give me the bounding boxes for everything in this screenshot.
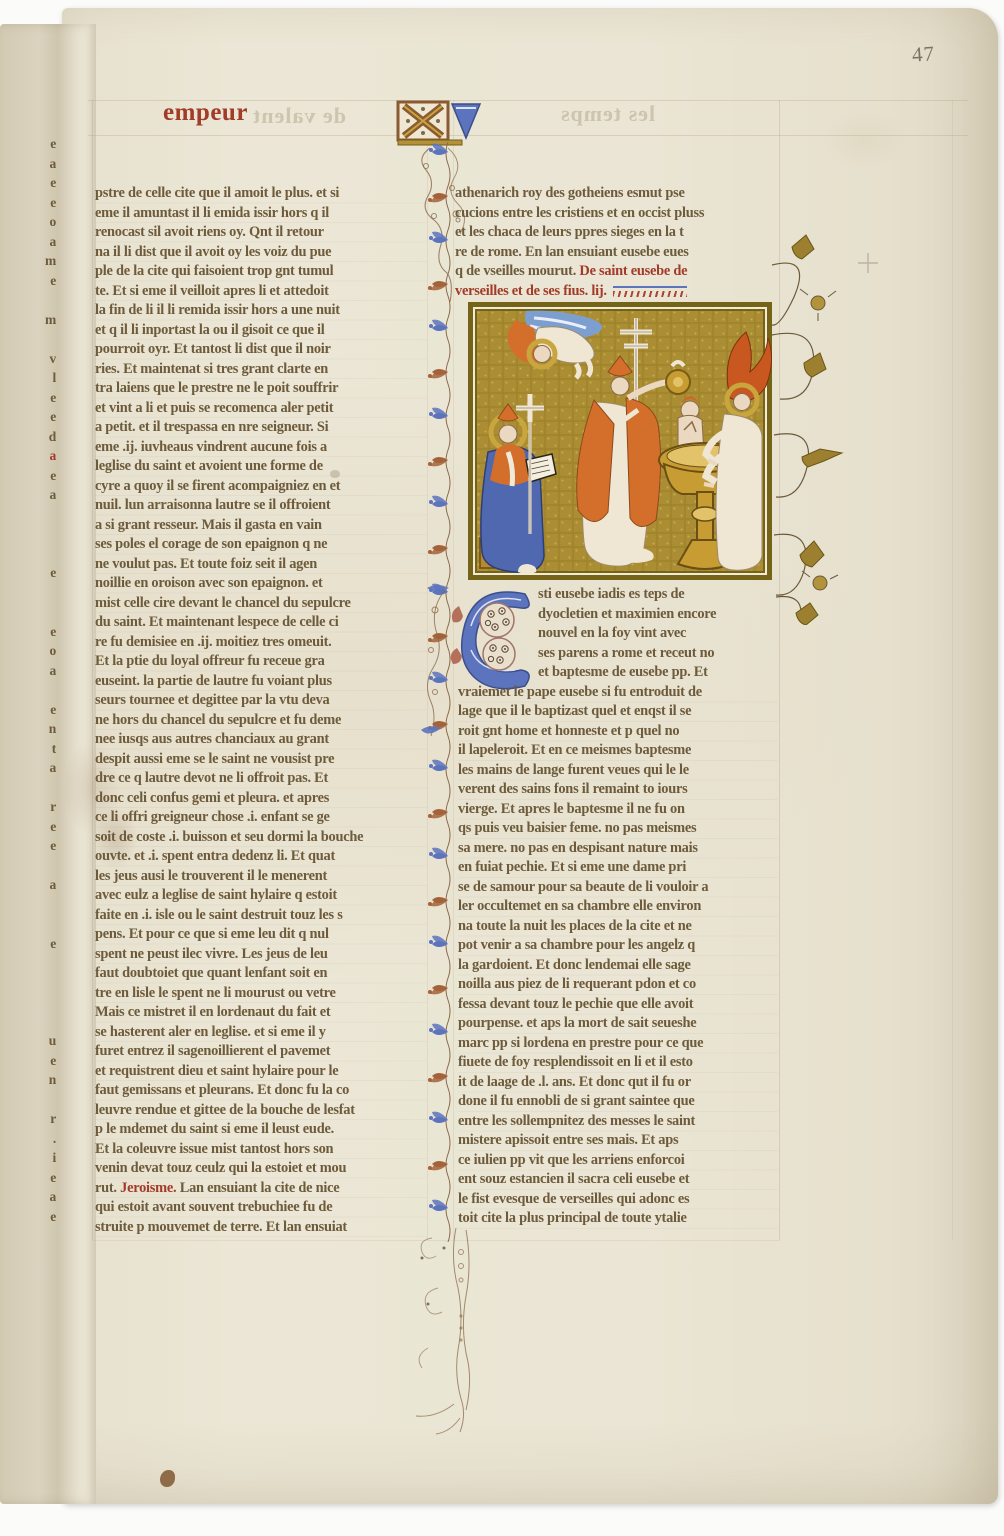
body-text: na toute la nuit les places de la cite e…: [458, 918, 692, 934]
text-line: o: [0, 214, 56, 234]
ruling-line: [92, 100, 93, 1240]
text-line: soit de coste .i. buisson et seu dormi l…: [95, 828, 427, 848]
text-line: na il li dist que il avoit oy les voiz d…: [95, 243, 427, 263]
text-line: re fu demisiee en .ij. moitiez tres omeu…: [95, 633, 427, 653]
text-line: ler occultemet en sa chambre elle enviro…: [458, 897, 778, 917]
text-line: pot venir a sa chambre pour les angelz q: [458, 936, 778, 956]
text-line: a: [0, 487, 56, 507]
text-line: ouvte. et .i. spent entra dedenz li. Et …: [95, 847, 427, 867]
text-line: noillie en oroison avec son epaignon. et: [95, 574, 427, 594]
body-text: l: [52, 370, 56, 390]
text-line: e: [0, 409, 56, 429]
text-line: faite en .i. isle ou le saint destruit t…: [95, 906, 427, 926]
text-line: r: [0, 799, 56, 819]
text-line: furet entrez il sagenoillierent el pavem…: [95, 1042, 427, 1062]
text-line: spent ne peust ilec vivre. Les jeus de l…: [95, 945, 427, 965]
show-through-text: les temps: [560, 101, 655, 127]
body-text: despit aussi eme se le saint ne vousist …: [95, 751, 334, 767]
body-text: e: [50, 195, 56, 215]
body-text: nee iusqs aus autres chanciaux au grant: [95, 731, 329, 747]
body-text: faut doubtoiet que quant lenfant soit en: [95, 965, 327, 981]
body-text: Et la coleuvre issue mist tantost hors s…: [95, 1141, 333, 1157]
body-text: il lapeleroit. Et en ce meismes baptesme: [458, 742, 691, 758]
body-text: se hasterent aler en leglise. et si eme …: [95, 1024, 326, 1040]
text-line: e: [0, 468, 56, 488]
text-line: [0, 682, 56, 702]
text-line: et q il li inportast la ou il gisoit ce …: [95, 321, 427, 341]
text-line: leglise du saint et avoient une forme de: [95, 457, 427, 477]
margin-ivy-vine: [762, 225, 912, 625]
body-text: ne voulut pas. Et toute foiz seit il age…: [95, 556, 317, 572]
text-line: sti eusebe iadis es teps de: [538, 585, 778, 605]
body-text: a: [49, 487, 56, 507]
text-line: e: [0, 273, 56, 293]
body-text: v: [49, 351, 56, 371]
text-line: a: [0, 1189, 56, 1209]
body-text: e: [50, 175, 56, 195]
text-line: [0, 546, 56, 566]
body-text: qui estoit avant souvent trebuchiee fu d…: [95, 1199, 332, 1215]
text-line: fiuete de foy resplendissoit en li et il…: [458, 1053, 778, 1073]
text-line: cyre a quoy il se firent acompaigniez en…: [95, 477, 427, 497]
text-line: tra laiens que le prestre ne le poit sou…: [95, 379, 427, 399]
body-text: en fuiat pechie. Et si eme une dame pri: [458, 859, 686, 875]
text-line: verent des sains fons il remaint to iour…: [458, 780, 778, 800]
body-text: e: [50, 838, 56, 858]
body-text: o: [49, 214, 56, 234]
parchment-stain: [92, 806, 138, 870]
text-line: nee iusqs aus autres chanciaux au grant: [95, 730, 427, 750]
body-text: et les chaca de leurs ppres sieges en la…: [455, 224, 684, 240]
body-text: a: [49, 663, 56, 683]
text-line: e: [0, 175, 56, 195]
rubric-text: a: [49, 448, 56, 468]
body-text: furet entrez il sagenoillierent el pavem…: [95, 1043, 330, 1059]
text-line: mistere apissoit entre ses mais. Et aps: [458, 1131, 778, 1151]
body-text: t: [52, 741, 56, 761]
baptism-miniature: [468, 302, 772, 580]
body-text: les jeus ausi le trouverent il le menere…: [95, 868, 327, 884]
text-line: renocast sil avoit riens oy. Qnt il reto…: [95, 223, 427, 243]
body-text: d: [49, 429, 56, 449]
text-line: ries. Et maintenat si tres grant clarte …: [95, 360, 427, 380]
page-edge-shading: [930, 8, 998, 1504]
text-line: a: [0, 234, 56, 254]
text-line: na toute la nuit les places de la cite e…: [458, 917, 778, 937]
text-line: [0, 526, 56, 546]
text-line: athenarich roy des gotheiens esmut pse: [455, 184, 779, 204]
text-line: e: [0, 702, 56, 722]
text-line: a: [0, 663, 56, 683]
body-text: Et la ptie du loyal offreur fu receue gr…: [95, 653, 325, 669]
manuscript-scan: eaeeoame m vleedaea e eoa enta ree a e u…: [0, 0, 1004, 1536]
text-line: Mais ce mistret il en lordenaut du fait …: [95, 1003, 427, 1023]
text-line: e: [0, 1053, 56, 1073]
body-text: seurs tournee et degittee par la vtu dev…: [95, 692, 329, 708]
text-line: venin devat touz ceulz qui la estoiet et…: [95, 1159, 427, 1179]
body-text: lage que il le baptizast quel et enqst i…: [458, 703, 691, 719]
body-text: venin devat touz ceulz qui la estoiet et…: [95, 1160, 346, 1176]
body-text: e: [50, 936, 56, 956]
text-line: a petit. et il trespassa en nre seigneur…: [95, 418, 427, 438]
body-text: n: [49, 1072, 56, 1092]
text-line: q de vseilles mourut. De saint eusebe de: [455, 262, 779, 282]
body-text: n: [49, 721, 56, 741]
text-line: pens. Et pour ce que si eme leu dit q nu…: [95, 925, 427, 945]
text-line: u: [0, 1033, 56, 1053]
text-line: marc pp si lordena en prestre pour ce qu…: [458, 1034, 778, 1054]
body-text: nuil. lun arraisonna lautre se il offroi…: [95, 497, 330, 513]
body-text: eme .ij. iuvheaus vindrent aucune fois a: [95, 439, 327, 455]
body-text: faite en .i. isle ou le saint destruit t…: [95, 907, 343, 923]
text-line: eme il amuntast il li emida issir hors q…: [95, 204, 427, 224]
text-line: [0, 1092, 56, 1112]
clipped-text-fragments: eaeeoame m vleedaea e eoa enta ree a e u…: [0, 136, 56, 1267]
text-line: o: [0, 643, 56, 663]
body-text: fiuete de foy resplendissoit en li et il…: [458, 1054, 693, 1070]
text-line: [0, 604, 56, 624]
body-text: tre en lisle le spent ne li mourust ou v…: [95, 985, 336, 1001]
body-text: cyre a quoy il se firent acompaigniez en…: [95, 478, 340, 494]
body-text: a: [49, 760, 56, 780]
body-text: cucions entre les cristiens et en occist…: [455, 205, 704, 221]
text-line: seurs tournee et degittee par la vtu dev…: [95, 691, 427, 711]
rubric-text: verseilles et de ses fius. lij.: [455, 283, 607, 299]
body-text: sa mere. no pas en despisant nature mais: [458, 840, 698, 856]
body-text: le fist evesque de verseilles qui adonc …: [458, 1191, 689, 1207]
text-line: a si grant resseur. Mais il gasta en vai…: [95, 516, 427, 536]
text-line: nouvel en la foy vint avec: [538, 624, 778, 644]
body-text: roit gnt home et honneste et p quel no: [458, 723, 679, 739]
text-line: e: [0, 1209, 56, 1229]
text-line: n: [0, 1072, 56, 1092]
text-line: ple de la cite qui faisoient trop gnt tu…: [95, 262, 427, 282]
text-line: la gardoient. Et donc lendemai elle sage: [458, 956, 778, 976]
text-line: a: [0, 877, 56, 897]
body-text: r: [50, 1111, 56, 1131]
text-line: e: [0, 819, 56, 839]
body-text: pstre de celle cite que il amoit le plus…: [95, 185, 339, 201]
text-line: vierge. Et apres le baptesme il ne fu on: [458, 800, 778, 820]
text-line: [0, 975, 56, 995]
text-line: p le mdemet du saint si eme il leust eud…: [95, 1120, 427, 1140]
text-line: l: [0, 370, 56, 390]
body-text: u: [49, 1033, 56, 1053]
text-column-right-full: vraiemet le pape eusebe si fu entroduit …: [458, 683, 778, 1229]
text-line: qui estoit avant souvent trebuchiee fu d…: [95, 1198, 427, 1218]
body-text: nouvel en la foy vint avec: [538, 625, 686, 641]
text-line: en fuiat pechie. Et si eme une dame pri: [458, 858, 778, 878]
show-through-text: de valent: [252, 103, 346, 129]
body-text: e: [50, 624, 56, 644]
text-line: dyocletien et maximien encore: [538, 605, 778, 625]
text-line: [0, 780, 56, 800]
text-line: leuvre rendue et gittee de la bouche de …: [95, 1101, 427, 1121]
text-line: e: [0, 936, 56, 956]
body-text: e: [50, 565, 56, 585]
text-line: pstre de celle cite que il amoit le plus…: [95, 184, 427, 204]
body-text: e: [50, 819, 56, 839]
text-line: pourroit oyr. Et tantost li dist que il …: [95, 340, 427, 360]
rubric-text: De saint eusebe de: [579, 263, 687, 279]
text-line: et baptesme de eusebe pp. Et: [538, 663, 778, 683]
body-text: pourroit oyr. Et tantost li dist que il …: [95, 341, 331, 357]
text-line: qs puis veu baisier feme. no pas meismes: [458, 819, 778, 839]
body-text: et vint a li et puis se recomenca aler p…: [95, 400, 333, 416]
text-line: et les chaca de leurs ppres sieges en la…: [455, 223, 779, 243]
text-line: et vint a li et puis se recomenca aler p…: [95, 399, 427, 419]
body-text: o: [49, 643, 56, 663]
running-title: empeur: [163, 99, 248, 127]
text-column-right-upper: athenarich roy des gotheiens esmut psecu…: [455, 184, 779, 301]
body-text: et requistrent dieu et saint hylaire pou…: [95, 1063, 338, 1079]
small-smudge: [330, 470, 340, 478]
body-text: mist celle cire devant le chancel du sep…: [95, 595, 351, 611]
initial-C: C: [452, 586, 534, 694]
text-column-right-indented: sti eusebe iadis es teps dedyocletien et…: [538, 585, 778, 683]
penwork-descender: [408, 1228, 548, 1438]
text-line: i: [0, 1150, 56, 1170]
text-line: t: [0, 741, 56, 761]
body-text: e: [50, 1170, 56, 1190]
body-text: e: [50, 390, 56, 410]
body-text: et baptesme de eusebe pp. Et: [538, 664, 708, 680]
body-text: la fin de li il li remida issir hors a u…: [95, 302, 340, 318]
text-line: despit aussi eme se le saint ne vousist …: [95, 750, 427, 770]
text-line: [0, 292, 56, 312]
text-line: eme .ij. iuvheaus vindrent aucune fois a: [95, 438, 427, 458]
text-line: entre les sollempnitez des messes le sai…: [458, 1112, 778, 1132]
text-line: toit cite la plus principal de toute yta…: [458, 1209, 778, 1229]
plummet-cross-mark: [858, 253, 878, 273]
body-text: a: [49, 234, 56, 254]
body-text: e: [50, 1209, 56, 1229]
body-text: it de laage de .l. ans. Et donc qut il f…: [458, 1074, 691, 1090]
text-line: e: [0, 624, 56, 644]
text-line: sa mere. no pas en despisant nature mais: [458, 839, 778, 859]
body-text: tra laiens que le prestre ne le poit sou…: [95, 380, 338, 396]
body-text: noillie en oroison avec son epaignon. et: [95, 575, 323, 591]
foxing: [820, 110, 910, 170]
text-line: les jeus ausi le trouverent il le menere…: [95, 867, 427, 887]
body-text: e: [50, 702, 56, 722]
text-line: e: [0, 565, 56, 585]
body-text: vraiemet le pape eusebe si fu entroduit …: [458, 684, 702, 700]
text-line: r: [0, 1111, 56, 1131]
body-text: ent souz estancien il sacra celi eusebe …: [458, 1171, 689, 1187]
text-line: donc celi confus gemi et pleura. et apre…: [95, 789, 427, 809]
text-line: v: [0, 351, 56, 371]
body-text: dre ce q lautre devot ne li offroit pas.…: [95, 770, 328, 786]
body-text: euseint. la partie de lautre fu voiant p…: [95, 673, 332, 689]
body-text: pot venir a sa chambre pour les angelz q: [458, 937, 695, 953]
body-text: qs puis veu baisier feme. no pas meismes: [458, 820, 696, 836]
text-line: euseint. la partie de lautre fu voiant p…: [95, 672, 427, 692]
body-text: re fu demisiee en .ij. moitiez tres omeu…: [95, 634, 331, 650]
body-text: na il li dist que il avoit oy les voiz d…: [95, 244, 331, 260]
text-line: mist celle cire devant le chancel du sep…: [95, 594, 427, 614]
text-column-left: pstre de celle cite que il amoit le plus…: [95, 184, 427, 1237]
text-line: it de laage de .l. ans. Et donc qut il f…: [458, 1073, 778, 1093]
ruling-line: [952, 100, 953, 1240]
text-line: ent souz estancien il sacra celi eusebe …: [458, 1170, 778, 1190]
text-line: il lapeleroit. Et en ce meismes baptesme: [458, 741, 778, 761]
text-line: n: [0, 721, 56, 741]
body-text: e: [50, 409, 56, 429]
text-line: fessa devant touz le pechie que elle avo…: [458, 995, 778, 1015]
body-text: donc celi confus gemi et pleura. et apre…: [95, 790, 329, 806]
body-text: a si grant resseur. Mais il gasta en vai…: [95, 517, 322, 533]
text-line: le fist evesque de verseilles qui adonc …: [458, 1190, 778, 1210]
text-line: e: [0, 390, 56, 410]
text-line: a: [0, 448, 56, 468]
text-line: done il fu ennobli de si grant saintee q…: [458, 1092, 778, 1112]
text-line: ses parens a rome et receut no: [538, 644, 778, 664]
text-line: rut. Jeroisme. Lan ensuiant la cite de n…: [95, 1179, 427, 1199]
line-filler-ornament: [613, 286, 687, 297]
text-line: Et la coleuvre issue mist tantost hors s…: [95, 1140, 427, 1160]
body-text: e: [50, 136, 56, 156]
body-text: a petit. et il trespassa en nre seigneur…: [95, 419, 328, 435]
body-text: Mais ce mistret il en lordenaut du fait …: [95, 1004, 330, 1020]
body-text: faut gemissans et pleurans. Et donc fu l…: [95, 1082, 349, 1098]
text-line: [0, 1228, 56, 1248]
body-text: se de samour pour sa beaute de li vouloi…: [458, 879, 708, 895]
text-line: faut doubtoiet que quant lenfant soit en: [95, 964, 427, 984]
text-line: Et la ptie du loyal offreur fu receue gr…: [95, 652, 427, 672]
body-text: fessa devant touz le pechie que elle avo…: [458, 996, 693, 1012]
body-text: pourpense. et aps la mort de sait seuesh…: [458, 1015, 696, 1031]
text-line: m: [0, 253, 56, 273]
text-line: dre ce q lautre devot ne li offroit pas.…: [95, 769, 427, 789]
text-line: re de rome. En lan ensuiant eusebe eues: [455, 243, 779, 263]
text-line: e: [0, 136, 56, 156]
body-text: dyocletien et maximien encore: [538, 606, 716, 622]
body-text: ne hors du chancel du sepulcre et fu dem…: [95, 712, 341, 728]
body-text: leglise du saint et avoient une forme de: [95, 458, 323, 474]
body-text: ce iulien pp vit que les arriens enforco…: [458, 1152, 685, 1168]
text-line: [0, 1014, 56, 1034]
body-text: vierge. Et apres le baptesme il ne fu on: [458, 801, 685, 817]
body-text: les mains de lange furent veues qui le l…: [458, 762, 689, 778]
body-text: .: [53, 1131, 56, 1151]
body-text: p le mdemet du saint si eme il leust eud…: [95, 1121, 334, 1137]
text-line: [0, 897, 56, 917]
text-line: roit gnt home et honneste et p quel no: [458, 722, 778, 742]
body-text: sti eusebe iadis es teps de: [538, 586, 684, 602]
text-line: pourpense. et aps la mort de sait seuesh…: [458, 1014, 778, 1034]
text-line: m: [0, 312, 56, 332]
body-text: done il fu ennobli de si grant saintee q…: [458, 1093, 695, 1109]
body-text: avec eulz a leglise de saint hylaire q e…: [95, 887, 337, 903]
text-line: [0, 507, 56, 527]
body-text: du saint. Et maintenant lespece de celle…: [95, 614, 338, 630]
body-text: noilla aus piez de li requerant pdon et …: [458, 976, 696, 992]
body-text: ple de la cite qui faisoient trop gnt tu…: [95, 263, 333, 279]
body-text: struite p mouvemet de terre. Et lan ensu…: [95, 1219, 347, 1235]
body-text: et q il li inportast la ou il gisoit ce …: [95, 322, 325, 338]
body-text: q de vseilles mourut.: [455, 263, 579, 279]
text-line: du saint. Et maintenant lespece de celle…: [95, 613, 427, 633]
body-text: verent des sains fons il remaint to iour…: [458, 781, 687, 797]
text-line: avec eulz a leglise de saint hylaire q e…: [95, 886, 427, 906]
body-text: marc pp si lordena en prestre pour ce qu…: [458, 1035, 703, 1051]
text-line: les mains de lange furent veues qui le l…: [458, 761, 778, 781]
text-line: e: [0, 1170, 56, 1190]
body-text: e: [50, 273, 56, 293]
body-text: ses poles el corage de son epaignon q ne: [95, 536, 327, 552]
text-line: se hasterent aler en leglise. et si eme …: [95, 1023, 427, 1043]
text-line: a: [0, 156, 56, 176]
text-line: [0, 955, 56, 975]
body-text: m: [45, 253, 56, 273]
body-text: i: [52, 1150, 56, 1170]
text-line: [0, 858, 56, 878]
body-text: eme il amuntast il li emida issir hors q…: [95, 205, 329, 221]
text-line: ce iulien pp vit que les arriens enforco…: [458, 1151, 778, 1171]
folio-number: 47: [911, 41, 936, 68]
text-line: a: [0, 760, 56, 780]
body-text: leuvre rendue et gittee de la bouche de …: [95, 1102, 355, 1118]
text-line: la fin de li il li remida issir hors a u…: [95, 301, 427, 321]
body-text: entre les sollempnitez des messes le sai…: [458, 1113, 695, 1129]
text-line: noilla aus piez de li requerant pdon et …: [458, 975, 778, 995]
body-text: re de rome. En lan ensuiant eusebe eues: [455, 244, 689, 260]
body-text: te. Et si eme il veilloit apres li et at…: [95, 283, 329, 299]
text-line: ses poles el corage de son epaignon q ne: [95, 535, 427, 555]
body-text: e: [50, 468, 56, 488]
body-text: ries. Et maintenat si tres grant clarte …: [95, 361, 328, 377]
body-text: e: [50, 1053, 56, 1073]
text-line: ne hors du chancel du sepulcre et fu dem…: [95, 711, 427, 731]
body-text: r: [50, 799, 56, 819]
text-line: d: [0, 429, 56, 449]
rubric-text: Jeroisme.: [120, 1180, 176, 1196]
body-text: spent ne peust ilec vivre. Les jeus de l…: [95, 946, 328, 962]
body-text: ses parens a rome et receut no: [538, 645, 714, 661]
body-text: a: [49, 156, 56, 176]
text-line: struite p mouvemet de terre. Et lan ensu…: [95, 1218, 427, 1238]
text-line: ne voulut pas. Et toute foiz seit il age…: [95, 555, 427, 575]
text-line: ce li offri greigneur chose .i. enfant s…: [95, 808, 427, 828]
text-line: cucions entre les cristiens et en occist…: [455, 204, 779, 224]
text-line: [0, 916, 56, 936]
body-text: a: [49, 1189, 56, 1209]
text-line: te. Et si eme il veilloit apres li et at…: [95, 282, 427, 302]
text-line: [0, 994, 56, 1014]
text-line: lage que il le baptizast quel et enqst i…: [458, 702, 778, 722]
body-text: pens. Et pour ce que si eme leu dit q nu…: [95, 926, 329, 942]
body-text: rut.: [95, 1180, 120, 1196]
body-text: toit cite la plus principal de toute yta…: [458, 1210, 687, 1226]
body-text: athenarich roy des gotheiens esmut pse: [455, 185, 685, 201]
text-line: tre en lisle le spent ne li mourust ou v…: [95, 984, 427, 1004]
text-line: faut gemissans et pleurans. Et donc fu l…: [95, 1081, 427, 1101]
text-line: [0, 331, 56, 351]
text-line: se de samour pour sa beaute de li vouloi…: [458, 878, 778, 898]
text-line: vraiemet le pape eusebe si fu entroduit …: [458, 683, 778, 703]
body-text: renocast sil avoit riens oy. Qnt il reto…: [95, 224, 324, 240]
body-text: la gardoient. Et donc lendemai elle sage: [458, 957, 691, 973]
text-line: e: [0, 195, 56, 215]
body-text: mistere apissoit entre ses mais. Et aps: [458, 1132, 678, 1148]
text-line: verseilles et de ses fius. lij.: [455, 282, 779, 302]
text-line: [0, 1248, 56, 1268]
body-text: ler occultemet en sa chambre elle enviro…: [458, 898, 701, 914]
text-line: e: [0, 838, 56, 858]
body-text: Lan ensuiant la cite de nice: [176, 1180, 339, 1196]
body-text: a: [49, 877, 56, 897]
